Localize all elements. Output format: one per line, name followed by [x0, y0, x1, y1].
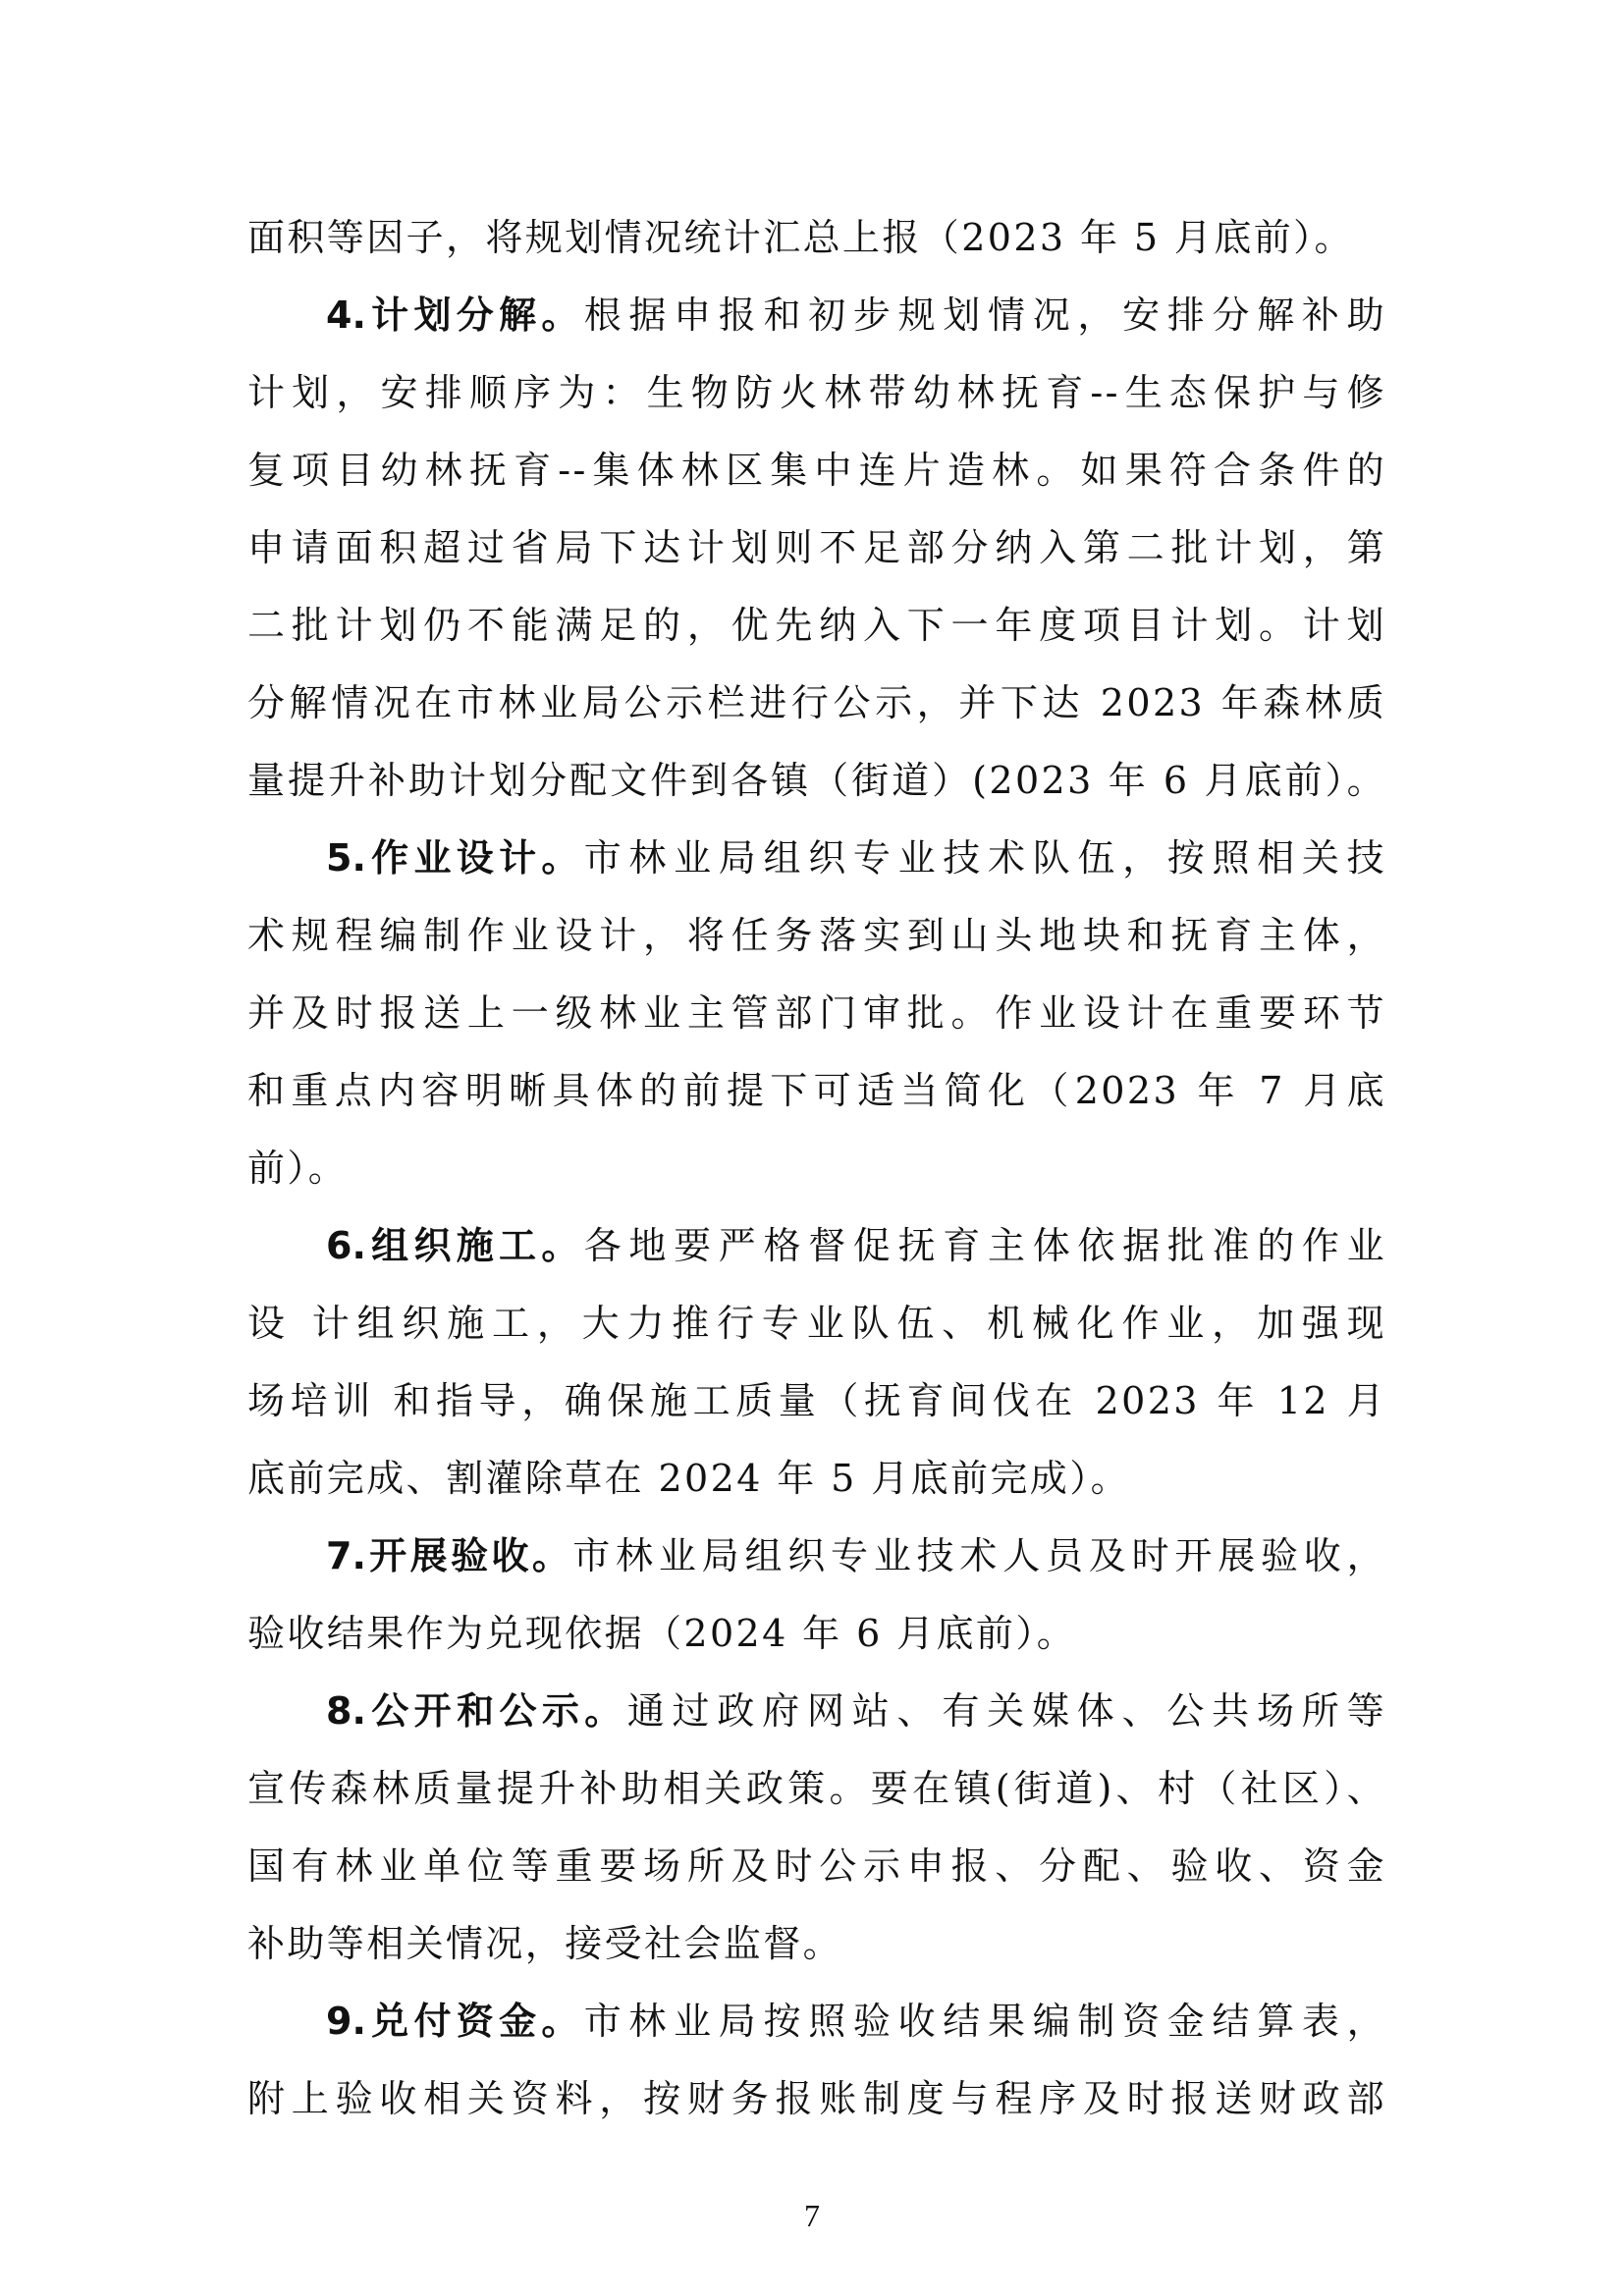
- body-text-line: 量提升补助计划分配文件到各镇（街道）(2023 年 6 月底前）。: [247, 751, 1386, 810]
- item-4-first-line: 4.计划分解。根据申报和初步规划情况，安排分解补助: [326, 286, 1386, 345]
- item-5-heading: 5.作业设计。: [326, 836, 584, 880]
- body-text-line: 和重点内容明晰具体的前提下可适当简化（2023 年 7 月底: [247, 1061, 1386, 1120]
- item-5-first-line: 5.作业设计。市林业局组织专业技术队伍，按照相关技: [326, 828, 1386, 887]
- item-4-text: 根据申报和初步规划情况，安排分解补助: [584, 294, 1386, 337]
- body-text-line: 分解情况在市林业局公示栏进行公示，并下达 2023 年森林质: [247, 673, 1386, 732]
- body-text-line: 场培训 和指导，确保施工质量（抚育间伐在 2023 年 12 月: [247, 1371, 1386, 1430]
- body-text-line: 二批计划仍不能满足的，优先纳入下一年度项目计划。计划: [247, 596, 1386, 655]
- body-text-line: 验收结果作为兑现依据（2024 年 6 月底前）。: [247, 1604, 1386, 1663]
- body-text-line: 术规程编制作业设计，将任务落实到山头地块和抚育主体，: [247, 906, 1386, 965]
- item-7-text: 市林业局组织专业技术人员及时开展验收，: [572, 1534, 1386, 1577]
- body-text-line: 国有林业单位等重要场所及时公示申报、分配、验收、资金: [247, 1837, 1386, 1896]
- body-text-line: 前）。: [247, 1139, 1386, 1198]
- item-9-first-line: 9.兑付资金。市林业局按照验收结果编制资金结算表，: [326, 1992, 1386, 2051]
- item-8-heading: 8.公开和公示。: [326, 1689, 627, 1733]
- body-text-line: 附上验收相关资料，按财务报账制度与程序及时报送财政部: [247, 2069, 1386, 2128]
- item-9-heading: 9.兑付资金。: [326, 2000, 584, 2043]
- item-6-text: 各地要严格督促抚育主体依据批准的作业: [584, 1224, 1386, 1267]
- body-text-line: 申请面积超过省局下达计划则不足部分纳入第二批计划，第: [247, 518, 1386, 577]
- body-text-line: 并及时报送上一级林业主管部门审批。作业设计在重要环节: [247, 984, 1386, 1042]
- body-text-line: 补助等相关情况，接受社会监督。: [247, 1914, 1386, 1973]
- item-8-first-line: 8.公开和公示。通过政府网站、有关媒体、公共场所等: [326, 1682, 1386, 1740]
- body-text-line: 面积等因子，将规划情况统计汇总上报（2023 年 5 月底前）。: [247, 208, 1386, 267]
- item-9-text: 市林业局按照验收结果编制资金结算表，: [584, 2000, 1386, 2043]
- item-8-text: 通过政府网站、有关媒体、公共场所等: [627, 1689, 1386, 1733]
- item-5-text: 市林业局组织专业技术队伍，按照相关技: [584, 836, 1386, 880]
- body-text-line: 复项目幼林抚育--集体林区集中连片造林。如果符合条件的: [247, 441, 1386, 500]
- item-7-first-line: 7.开展验收。市林业局组织专业技术人员及时开展验收，: [326, 1526, 1386, 1585]
- item-6-heading: 6.组织施工。: [326, 1224, 584, 1267]
- document-page: 面积等因子，将规划情况统计汇总上报（2023 年 5 月底前）。 4.计划分解。…: [0, 0, 1624, 2296]
- body-text-line: 底前完成、割灌除草在 2024 年 5 月底前完成）。: [247, 1449, 1386, 1508]
- item-7-heading: 7.开展验收。: [326, 1534, 572, 1577]
- item-4-heading: 4.计划分解。: [326, 294, 584, 337]
- item-6-first-line: 6.组织施工。各地要严格督促抚育主体依据批准的作业: [326, 1216, 1386, 1275]
- body-text-line: 宣传森林质量提升补助相关政策。要在镇(街道)、村（社区）、: [247, 1759, 1386, 1818]
- body-text-line: 设 计组织施工，大力推行专业队伍、机械化作业，加强现: [247, 1294, 1386, 1353]
- body-text-line: 计划，安排顺序为：生物防火林带幼林抚育--生态保护与修: [247, 363, 1386, 422]
- page-number: 7: [0, 2196, 1624, 2235]
